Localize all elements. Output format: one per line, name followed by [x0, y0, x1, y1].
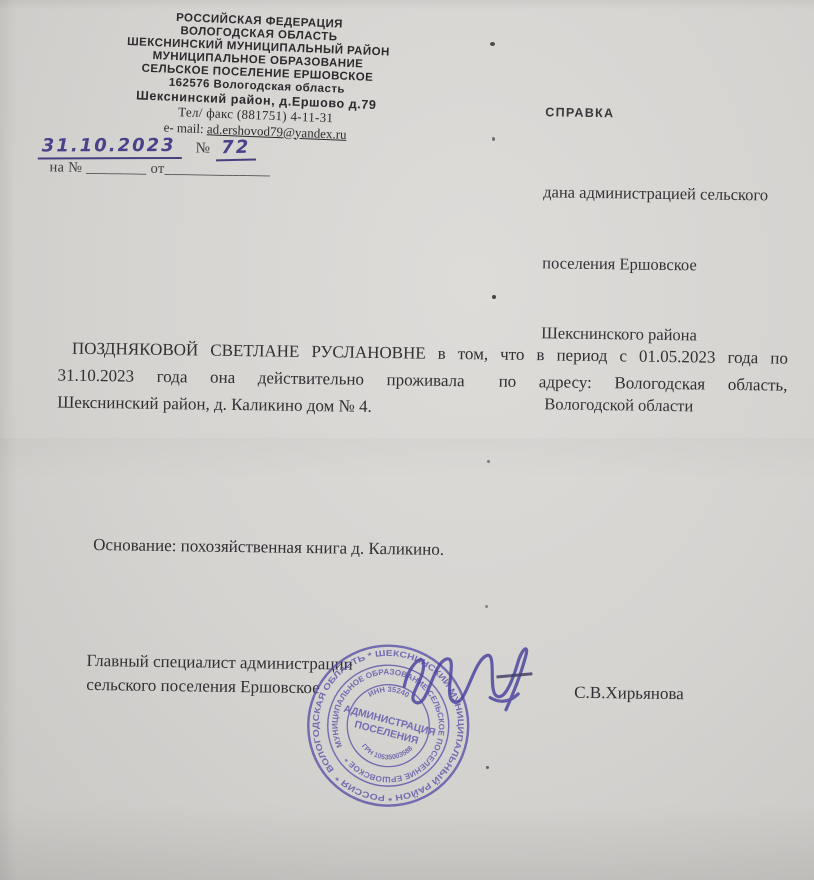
body-line-2a: 31.10.2023 года она действительно прожив… — [57, 365, 464, 390]
dust-speck — [486, 766, 489, 769]
handwritten-date: 31.10.2023 — [38, 135, 182, 160]
handwritten-signature — [394, 630, 555, 722]
reference-row: 31.10.2023№72 — [38, 134, 257, 161]
number-sign: № — [196, 140, 211, 156]
edge-shade — [0, 804, 814, 880]
letterhead-block: РОССИЙСКАЯ ФЕДЕРАЦИЯ ВОЛОГОДСКАЯ ОБЛАСТЬ… — [77, 8, 437, 145]
spravka-intro-line: поселения Ершовское — [542, 251, 802, 278]
edge-shade — [0, 0, 814, 10]
reply-reference-line: на № ________ от______________ — [49, 159, 270, 179]
spravka-title: СПРАВКА — [545, 105, 614, 120]
dust-speck — [490, 42, 495, 46]
dust-speck — [492, 137, 495, 141]
edge-shade — [0, 0, 16, 880]
signoff-name: С.В.Хирьянова — [574, 683, 684, 705]
document-content: РОССИЙСКАЯ ФЕДЕРАЦИЯ ВОЛОГОДСКАЯ ОБЛАСТЬ… — [0, 0, 814, 880]
dust-speck — [487, 460, 490, 463]
basis-line: Основание: похозяйственная книга д. Кали… — [93, 535, 444, 560]
body-paragraph: ПОЗДНЯКОВОЙ СВЕТЛАНЕ РУСЛАНОВНЕ в том, ч… — [57, 334, 788, 425]
spravka-intro-line: дана администрацией сельского — [543, 180, 803, 207]
dust-speck — [485, 605, 488, 608]
handwritten-number: 72 — [216, 137, 256, 162]
email-label: e- mail: — [163, 119, 207, 136]
dust-speck — [492, 295, 496, 299]
body-line-2b: по адресу: Вологодская область, — [499, 372, 788, 395]
scanned-certificate-page: РОССИЙСКАЯ ФЕДЕРАЦИЯ ВОЛОГОДСКАЯ ОБЛАСТЬ… — [0, 0, 814, 880]
